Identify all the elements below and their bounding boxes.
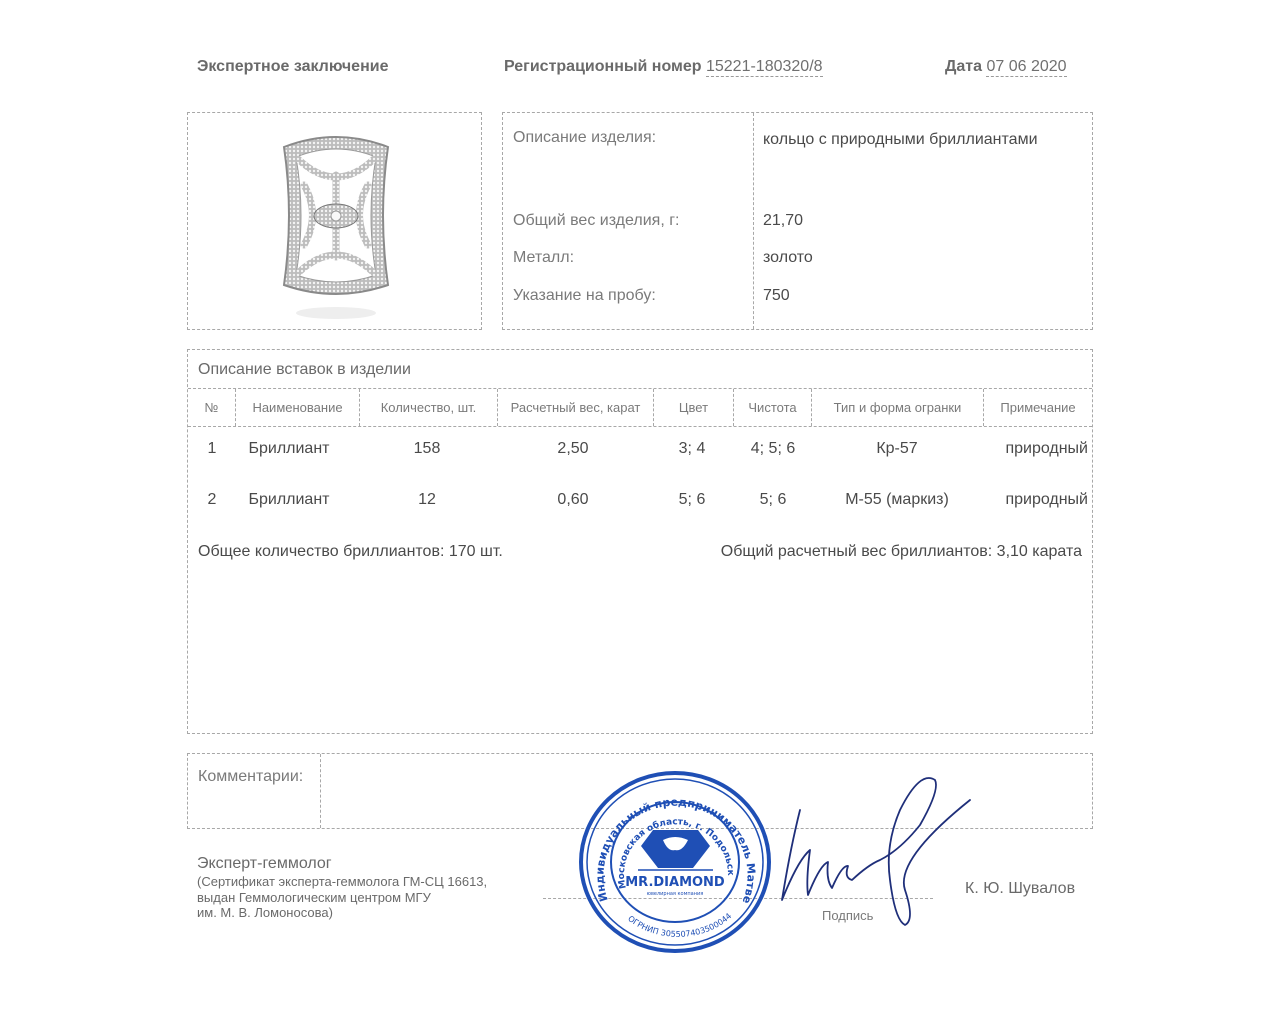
- cell-weight: 0,60: [498, 491, 648, 509]
- date-label: Дата: [945, 58, 982, 75]
- table-row: 2 Бриллиант 12 0,60 5; 6 5; 6 М-55 (марк…: [188, 491, 1092, 515]
- cell-weight: 2,50: [498, 440, 648, 458]
- document-title-text: Экспертное заключение: [197, 58, 388, 75]
- cell-cut: Кр-57: [812, 440, 982, 458]
- table-row: 1 Бриллиант 158 2,50 3; 4 4; 5; 6 Кр-57 …: [188, 440, 1092, 464]
- info-column-divider: [753, 113, 754, 329]
- registration-number: Регистрационный номер 15221-180320/8: [504, 58, 823, 76]
- col-cut: Тип и форма огранки: [812, 389, 984, 426]
- cell-number: 1: [188, 440, 236, 458]
- handwritten-signature: [770, 770, 990, 930]
- cell-clarity: 4; 5; 6: [734, 440, 812, 458]
- comments-divider: [320, 754, 321, 828]
- col-quantity: Количество, шт.: [360, 389, 498, 426]
- expert-title: Эксперт-геммолог: [197, 855, 332, 873]
- cell-cut: М-55 (маркиз): [812, 491, 982, 509]
- cell-note: природный: [984, 491, 1088, 509]
- total-weight: Общий расчетный вес бриллиантов: 3,10 ка…: [721, 543, 1082, 561]
- stamp-brand-sub: ювелирная компания: [647, 891, 704, 897]
- description-label: Описание изделия:: [513, 129, 656, 147]
- cell-quantity: 12: [360, 491, 494, 509]
- weight-value: 21,70: [763, 212, 803, 230]
- col-weight: Расчетный вес, карат: [498, 389, 654, 426]
- cell-color: 5; 6: [654, 491, 730, 509]
- product-photo-box: [187, 112, 482, 330]
- expert-cert-line: им. М. В. Ломоносова): [197, 905, 333, 920]
- description-value: кольцо с природными бриллиантами: [763, 131, 1038, 149]
- weight-label: Общий вес изделия, г:: [513, 212, 680, 230]
- document-title: Экспертное заключение: [197, 58, 388, 76]
- ring-image: [276, 125, 396, 323]
- metal-label: Металл:: [513, 249, 574, 267]
- hallmark-value: 750: [763, 287, 790, 305]
- total-count: Общее количество бриллиантов: 170 шт.: [198, 543, 503, 561]
- company-stamp: Индивидуальный предприниматель Матвеева …: [578, 770, 773, 955]
- cell-name: Бриллиант: [236, 440, 342, 458]
- cell-clarity: 5; 6: [734, 491, 812, 509]
- reg-number-value: 15221-180320/8: [706, 58, 823, 77]
- col-clarity: Чистота: [734, 389, 812, 426]
- date-value: 07 06 2020: [986, 58, 1066, 77]
- cell-number: 2: [188, 491, 236, 509]
- reg-label: Регистрационный номер: [504, 58, 702, 75]
- hallmark-label: Указание на пробу:: [513, 287, 656, 305]
- cell-color: 3; 4: [654, 440, 730, 458]
- inserts-section: Описание вставок в изделии № Наименовани…: [187, 349, 1093, 734]
- col-note: Примечание: [984, 389, 1092, 426]
- col-name: Наименование: [236, 389, 360, 426]
- diamond-icon: [638, 830, 713, 870]
- cell-name: Бриллиант: [236, 491, 342, 509]
- product-info-box: Описание изделия: кольцо с природными бр…: [502, 112, 1093, 330]
- col-color: Цвет: [654, 389, 734, 426]
- expert-cert-line: (Сертификат эксперта-геммолога ГМ-СЦ 166…: [197, 874, 487, 889]
- inserts-title: Описание вставок в изделии: [198, 361, 411, 379]
- expert-cert-line: выдан Геммологическим центром МГУ: [197, 890, 431, 905]
- cell-note: природный: [984, 440, 1088, 458]
- document-date: Дата 07 06 2020: [945, 58, 1067, 76]
- cell-quantity: 158: [360, 440, 494, 458]
- col-number: №: [188, 389, 236, 426]
- metal-value: золото: [763, 249, 813, 267]
- inserts-table-header: № Наименование Количество, шт. Расчетный…: [188, 388, 1092, 427]
- comments-label: Комментарии:: [198, 768, 303, 786]
- stamp-brand: MR.DIAMOND: [625, 875, 725, 890]
